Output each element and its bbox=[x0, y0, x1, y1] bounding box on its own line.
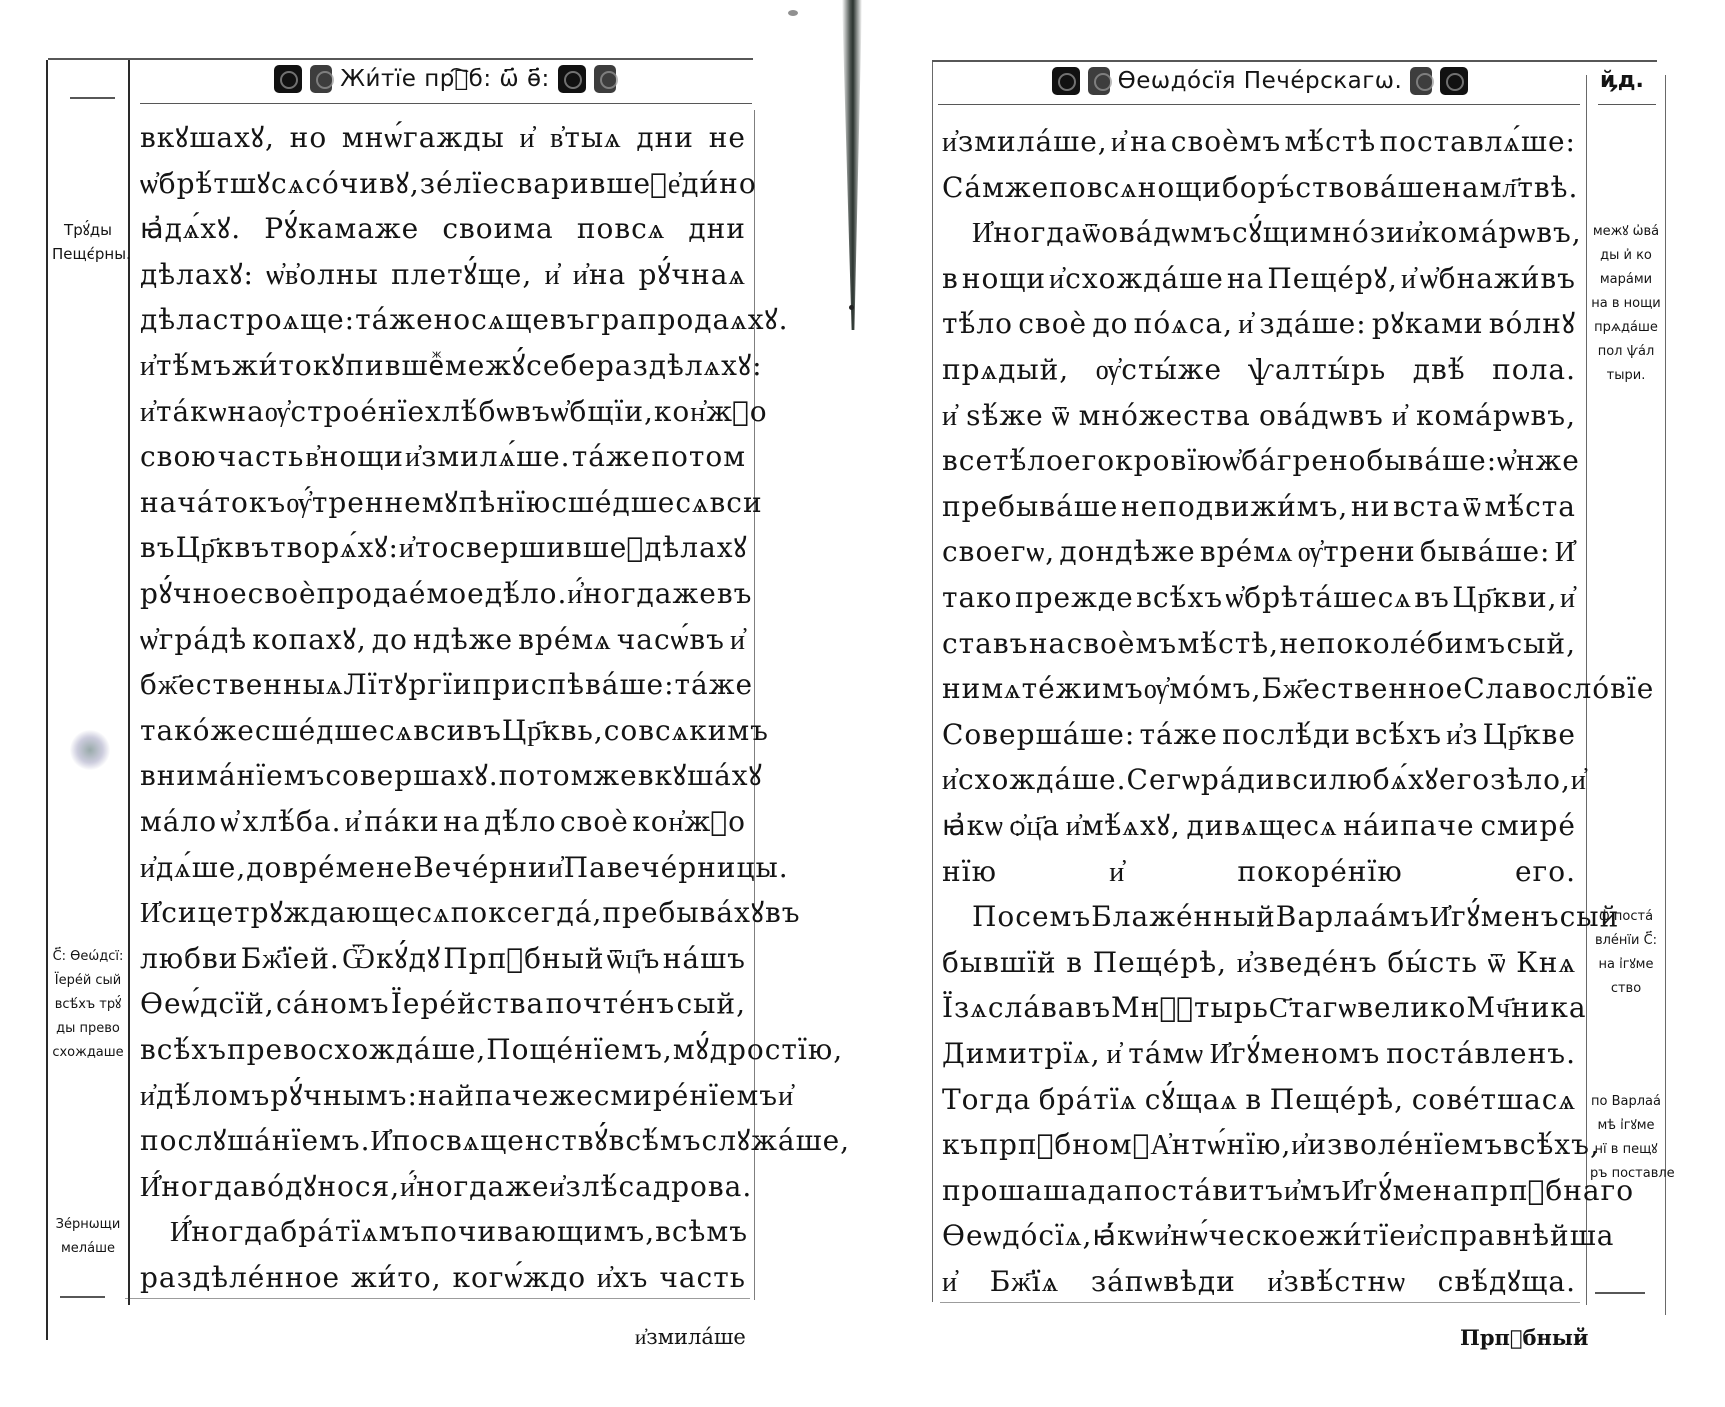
word: сый, bbox=[1506, 624, 1576, 664]
word: по bbox=[1049, 168, 1087, 208]
header-underline bbox=[938, 104, 1580, 105]
word: всѣмъ bbox=[655, 1212, 748, 1252]
word: потом bbox=[651, 437, 746, 477]
word: потомже bbox=[499, 756, 638, 796]
text-line: И҆́ногдабра́тїѧмъпочивающимъ,всѣмъ bbox=[140, 1212, 746, 1252]
margin-note-line: всѣ́хъ трꙋ́ bbox=[50, 993, 126, 1017]
word: на bbox=[1442, 168, 1479, 208]
word: Пеще́рѣ, bbox=[1093, 943, 1227, 983]
word: всѣ́хъ bbox=[1355, 715, 1442, 755]
word: смире́нїемъ bbox=[594, 1076, 778, 1116]
word: и҆ bbox=[140, 346, 156, 386]
word: хлѣ́бѡвъ bbox=[425, 392, 551, 432]
word: ѹ҆́треннемꙋ bbox=[286, 483, 458, 523]
text-line: послꙋша́нїемъ.И҆посвѧщенствꙋ́всѣ́мъслꙋжа… bbox=[140, 1121, 746, 1161]
word: прпⷣбномꙋ bbox=[979, 1125, 1150, 1165]
word: зѣло, bbox=[1490, 760, 1571, 800]
text-line: И҆́ногдаво́дꙋнося,и҆́ногдажеи҆злѣ́садров… bbox=[140, 1167, 746, 1207]
word: на́шъ bbox=[663, 939, 746, 979]
margin-note-line: ды прево bbox=[50, 1017, 126, 1041]
text-line: бывшїйвПеще́рѣ,и҆зведе́нъбы́стьѿКнѧ bbox=[942, 943, 1576, 983]
word: вре́мѧ bbox=[1200, 532, 1294, 572]
right-text-block: и҆змила́ше,и҆насвоѐмъмѣ́стѣпоставлѧ́ше:С… bbox=[942, 122, 1576, 1312]
word: Їере́йства bbox=[391, 984, 544, 1024]
margin-note-ovady: межꙋ ѡ҆ва́ ды и҆ ко мара́ми на в нощи пр… bbox=[1590, 220, 1662, 388]
word: и҆ bbox=[140, 392, 156, 432]
word: И҆́ногда bbox=[140, 1167, 250, 1207]
text-line: раздѣле́нноежи́то,когѡ́ждои҆хъчасть bbox=[140, 1258, 746, 1298]
word: Сегѡ bbox=[1127, 760, 1201, 800]
running-head: Ѳеѡдо́сїя Пече́рскагѡ. bbox=[940, 64, 1580, 98]
word: и҆ bbox=[345, 802, 361, 842]
word: трꙋждающесѧ bbox=[234, 893, 450, 933]
word: в҆тыѧ bbox=[550, 118, 622, 158]
word: пѣнїю bbox=[459, 483, 552, 523]
word: ѹ҆мо́мъ, bbox=[1144, 669, 1262, 709]
word: боръ́ствова́ше bbox=[1222, 168, 1442, 208]
word: же bbox=[549, 1076, 593, 1116]
word: дѣлахꙋ bbox=[644, 528, 748, 568]
word: пребыва́ше bbox=[942, 487, 1118, 527]
ornament-icon bbox=[1088, 67, 1110, 95]
word: когѡ́ждо bbox=[452, 1258, 586, 1298]
word: на bbox=[1029, 624, 1066, 664]
word: Прпⷣбный bbox=[443, 939, 604, 979]
word: Мч҃ника bbox=[1466, 988, 1586, 1028]
word: со́чивꙋ, bbox=[305, 164, 420, 204]
word: И҆гꙋ́мена bbox=[1342, 1171, 1471, 1211]
text-line: прѧдый,ѹ҆сты́жеѱалты́рьдвѣ́пола. bbox=[942, 350, 1576, 390]
word: Мнⷭ҇тырь bbox=[1111, 988, 1269, 1028]
word: ѻ҆ц҃а bbox=[1010, 806, 1061, 846]
ornament-icon bbox=[1440, 67, 1468, 95]
word: мно́зи bbox=[1309, 213, 1405, 253]
word: творѧ́хꙋ: bbox=[270, 528, 399, 568]
word: дрова. bbox=[653, 1167, 752, 1207]
word: и҆з bbox=[1446, 715, 1478, 755]
word: въ bbox=[765, 893, 801, 933]
word: мѧте́жимъ bbox=[981, 669, 1143, 709]
text-line: тако́жесше́дшесѧвсивъЦр҃квь,совсѧкимъ bbox=[140, 711, 746, 751]
word: пребыва́хꙋ bbox=[602, 893, 765, 933]
word: раздѣлѧхꙋ: bbox=[596, 346, 763, 386]
margin-note-line: ство bbox=[1590, 977, 1662, 1001]
word: бывшїй bbox=[942, 943, 1057, 983]
word: Пеще́рѣ, bbox=[1270, 1080, 1404, 1120]
word: Соверша́ше: bbox=[942, 715, 1135, 755]
word: та́же bbox=[675, 665, 754, 705]
bottom-rule bbox=[940, 1302, 1580, 1303]
text-line: къпрпⷣбномꙋА҆нтѡ́нїю,и҆изволе́нїемъвсѣ́х… bbox=[942, 1125, 1576, 1165]
word: тѣ́ло bbox=[942, 304, 1013, 344]
word: и҆ bbox=[1406, 213, 1422, 253]
word: в bbox=[1245, 1080, 1262, 1120]
word: ѡ҆бщїи, bbox=[551, 392, 654, 432]
word: кон҆жⷣо bbox=[654, 392, 768, 432]
outer-margin-rule bbox=[46, 60, 48, 1340]
word: и҆змилѧ́ше. bbox=[405, 437, 571, 477]
word: и҆ bbox=[942, 396, 958, 436]
margin-note-line: вле́нїи С҃: bbox=[1590, 929, 1662, 953]
word: своѐ bbox=[248, 574, 317, 614]
word: ѡ҆брѣ́тшꙋсѧ bbox=[140, 164, 305, 204]
ornament-icon bbox=[274, 65, 302, 93]
word: ни bbox=[1351, 487, 1390, 527]
text-line: ма́лоѡ҆хлѣ́ба.и҆па́кинадѣ́лосвоѐкон҆жⷣо bbox=[140, 802, 746, 842]
word: и҆схожда́ше bbox=[1049, 259, 1224, 299]
word: на bbox=[443, 802, 480, 842]
word: всѣ́хъ, bbox=[1503, 1125, 1600, 1165]
word: зе́лїе bbox=[420, 164, 500, 204]
text-line: любвиБж҃їей.Ѿкꙋ́дꙋПрпⷣбныйѿц҃ъна́шъ bbox=[140, 939, 746, 979]
word: на́ипаче bbox=[1343, 806, 1474, 846]
word: вси bbox=[1275, 760, 1328, 800]
margin-note-feodosij: С҃: Ѳеѡ́дсї: Їере́й сый всѣ́хъ трꙋ́ ды п… bbox=[50, 945, 126, 1065]
word: и҆схожда́ше. bbox=[942, 760, 1127, 800]
word: вре́мене bbox=[282, 848, 413, 888]
word: слꙋжа́ше, bbox=[702, 1121, 851, 1161]
word: и҆злѣ́са bbox=[550, 1167, 653, 1207]
word: межꙋ́ bbox=[445, 346, 526, 386]
text-line: такопреждевсѣ́хъѡ҆брѣта́шесѧвъЦр҃кви,и҆ bbox=[942, 578, 1576, 618]
word: По bbox=[972, 897, 1015, 937]
word: С҃тагѡ bbox=[1269, 988, 1357, 1028]
word: мѣ́стѣ, bbox=[1177, 624, 1279, 664]
text-line: всѣ́хъпревосхожда́ше,Поще́нїемъ,мꙋ́дрост… bbox=[140, 1030, 746, 1070]
word: та́же bbox=[355, 300, 434, 340]
margin-note-line: на і҆гꙋме bbox=[1590, 953, 1662, 977]
word: ѡ҆ба́грено bbox=[1223, 441, 1367, 481]
word: рꙋками bbox=[1372, 304, 1484, 344]
margin-note-varlaam: по Варлаа́ мѣ і҆гꙋме нї в пещꙋ ръ постав… bbox=[1590, 1090, 1662, 1186]
word: да bbox=[1088, 1171, 1124, 1211]
margin-note-line: Трꙋ́ды bbox=[52, 218, 124, 242]
word: сꙋ́щаѧ bbox=[1145, 1080, 1238, 1120]
top-rule bbox=[48, 58, 753, 60]
margin-note-line: по Варлаа́ bbox=[1590, 1090, 1662, 1114]
word: Ѳеѡдо́сїѧ, bbox=[942, 1216, 1092, 1256]
header-underline bbox=[140, 103, 752, 104]
word: и҆́ногдаже bbox=[567, 574, 716, 614]
word: въ bbox=[717, 574, 753, 614]
text-line: ставънасвоѐмъмѣ́стѣ,непоколе́бимъсый, bbox=[942, 624, 1576, 664]
word: дѣла bbox=[140, 300, 213, 340]
word: нося, bbox=[317, 1167, 400, 1207]
word: своѐмъ bbox=[1171, 122, 1281, 162]
word: и҆ bbox=[1401, 259, 1417, 299]
ornament-icon bbox=[310, 65, 332, 93]
word: дѣ́ло. bbox=[485, 574, 568, 614]
text-line: и҆та́кѡнаѹ҆строе́нїехлѣ́бѡвъѡ҆бщїи,кон҆ж… bbox=[140, 392, 746, 432]
word: ꙗ҆кѡ bbox=[942, 806, 1004, 846]
word: плетꙋ́ще, bbox=[391, 255, 532, 295]
word: Са́мже bbox=[942, 168, 1049, 208]
word: въ bbox=[1414, 578, 1450, 618]
text-line: Їзѧсла́вавъМнⷭ҇тырьС҃тагѡвеликоМч҃ника bbox=[942, 988, 1576, 1028]
word: копахꙋ, bbox=[252, 620, 367, 660]
word: Димитрїѧ, bbox=[942, 1034, 1101, 1074]
word: нїю bbox=[942, 852, 997, 892]
word: свою bbox=[140, 437, 217, 477]
margin-note-line: ды и҆ ко bbox=[1590, 244, 1662, 268]
word: за́пѡвѣди bbox=[1091, 1262, 1236, 1302]
text-line: Соверша́ше:та́жепослѣ́дивсѣ́хъи҆зЦр҃кве bbox=[942, 715, 1576, 755]
word: найпаче bbox=[418, 1076, 549, 1116]
word: и҆мъ bbox=[1284, 1171, 1342, 1211]
word: и҆ bbox=[942, 1262, 958, 1302]
word: пола. bbox=[1492, 350, 1576, 390]
word: ѿц҃ъ bbox=[607, 939, 661, 979]
word: въ bbox=[1075, 988, 1111, 1028]
right-page: Ѳеѡдо́сїя Пече́рскагѡ. ҋд. и҆змила́ше,и҆… bbox=[870, 0, 1725, 1407]
margin-note-line: тыри. bbox=[1590, 364, 1662, 388]
text-line: нїюи҆покоре́нїюего. bbox=[942, 852, 1576, 892]
word: ѕѣ́же bbox=[966, 396, 1044, 436]
word: ꙗ҆дѧ́хꙋ. bbox=[140, 209, 241, 249]
text-line: и҆Бж҃їѧза́пѡвѣдии҆звѣ́стнѡсвѣ́дꙋща. bbox=[942, 1262, 1576, 1302]
word: и҆́ногдаже bbox=[400, 1167, 549, 1207]
text-line: Ѳеѡ́дсїй,са́номъЇере́йствапочте́нъсый, bbox=[140, 984, 746, 1024]
running-head: Жи́тїе прⷣ҇б: ѡ҃ ѳ҃: bbox=[140, 62, 750, 96]
text-line: И҆сицетрꙋждающесѧпоксегда́,пребыва́хꙋвъ bbox=[140, 893, 746, 933]
word: быва́ше: bbox=[1367, 441, 1498, 481]
word: тѣ́ло bbox=[993, 441, 1064, 481]
word: раздѣле́нное bbox=[140, 1258, 340, 1298]
word: И҆ bbox=[140, 893, 161, 933]
margin-top-dash bbox=[70, 97, 115, 99]
word: кровїю bbox=[1115, 441, 1222, 481]
margin-note-line: ѡ҆ поста́ bbox=[1590, 905, 1662, 929]
word: Рꙋ́камаже bbox=[264, 209, 419, 249]
word: кома́рѡвъ, bbox=[1416, 396, 1576, 436]
text-line: и҆тѣ́мъжи́токꙋпившеⷤмежꙋ́себераздѣлѧхꙋ: bbox=[140, 346, 746, 386]
word: и҆ bbox=[778, 1076, 794, 1116]
word: и҆звѣ́стнѡ bbox=[1267, 1262, 1405, 1302]
word: неподвижи́мъ, bbox=[1121, 487, 1348, 527]
word: семъ bbox=[1015, 897, 1091, 937]
word: прежде bbox=[1015, 578, 1134, 618]
word: ра́ди bbox=[1201, 760, 1276, 800]
word: почте́нъ bbox=[546, 984, 676, 1024]
text-line: ꙗ҆кѡѻ҆ц҃аи҆мѣ́ѧхꙋ,дивѧщесѧна́ипачесмире́ bbox=[942, 806, 1576, 846]
word: до bbox=[1092, 304, 1128, 344]
word: И҆́ногда bbox=[170, 1212, 280, 1252]
text-line: Димитрїѧ,и҆та́мѡИ҆гꙋ́меномъпоста́вленъ. bbox=[942, 1034, 1576, 1074]
word: не bbox=[709, 118, 746, 158]
word: Павече́рницы. bbox=[564, 848, 789, 888]
word: И҆ bbox=[371, 1121, 392, 1161]
word: часть bbox=[659, 1258, 746, 1298]
word: послꙋша́нїемъ. bbox=[140, 1121, 371, 1161]
text-line: И҆ногдаѿова́дѡмъсꙋ́щимно́зии҆кома́рѡвъ, bbox=[942, 213, 1576, 253]
word: со bbox=[604, 711, 639, 751]
word: прѧдый, bbox=[942, 350, 1069, 390]
margin-note-line: мела́ше bbox=[50, 1237, 126, 1261]
text-line: и҆ѕѣ́жеѿмно́жестваова́дѡвъи҆кома́рѡвъ, bbox=[942, 396, 1576, 436]
word: бра́тїѧ bbox=[1039, 1080, 1137, 1120]
word: Цр҃кве bbox=[1483, 715, 1576, 755]
word: са́номъ bbox=[276, 984, 390, 1024]
running-head-text: Ѳеѡдо́сїя Пече́рскагѡ. bbox=[1118, 68, 1403, 94]
word: все bbox=[942, 441, 993, 481]
word: бы́сть bbox=[1387, 943, 1478, 983]
word: дѣ́ло bbox=[484, 802, 557, 842]
word: Вече́рни bbox=[413, 848, 547, 888]
margin-note-postavlenie: ѡ҆ поста́ вле́нїи С҃: на і҆гꙋме ство bbox=[1590, 905, 1662, 1001]
word: па́ки bbox=[364, 802, 440, 842]
word: сове́тшасѧ bbox=[1412, 1080, 1576, 1120]
catchword: Прпⷣбный bbox=[1460, 1325, 1589, 1350]
word: сице bbox=[161, 893, 234, 933]
word: Поще́нїемъ, bbox=[486, 1030, 673, 1070]
word: по bbox=[392, 1121, 430, 1161]
word: Цр҃кви, bbox=[1452, 578, 1557, 618]
word: поксегда́, bbox=[451, 893, 603, 933]
word: часть bbox=[218, 437, 305, 477]
word: и҆хъ bbox=[597, 1258, 649, 1298]
word: Славосло́вїе bbox=[1463, 669, 1654, 709]
word: рꙋ́чнымъ: bbox=[270, 1076, 418, 1116]
word: своѐ bbox=[1018, 304, 1087, 344]
word: ѹ҆строе́нїе bbox=[265, 392, 425, 432]
word: ова́дѡмъ bbox=[1101, 213, 1232, 253]
word: ѡ҆бнажи́въ bbox=[1420, 259, 1576, 299]
text-line: внощии҆схожда́шенаПеще́рꙋ,и҆ѡ҆бнажи́въ bbox=[942, 259, 1576, 299]
word: вкꙋшахꙋ, bbox=[140, 118, 275, 158]
margin-bottom-dash bbox=[60, 1296, 105, 1298]
word: дивѧщесѧ bbox=[1186, 806, 1337, 846]
word: повсѧ bbox=[577, 209, 665, 249]
text-line: пребыва́шенеподвижи́мъ,нивстаѿмѣ́ста bbox=[942, 487, 1576, 527]
word: въ bbox=[550, 300, 586, 340]
word: и҆справнѣйша bbox=[1407, 1216, 1615, 1256]
word: приспѣва́ше: bbox=[473, 665, 675, 705]
word: его bbox=[1439, 760, 1490, 800]
word: дни bbox=[688, 209, 746, 249]
text-line: бж҃ественныѧЛїтꙋргїиприспѣва́ше:та́же bbox=[140, 665, 746, 705]
text-line: рꙋ́чноесвоѐпродае́моедѣ́ло.и҆́ногдажевъ bbox=[140, 574, 746, 614]
text-line: и҆дѧ́ше,довре́менеВече́рнии҆Павече́рницы… bbox=[140, 848, 746, 888]
word: жи́тїе bbox=[1316, 1216, 1406, 1256]
word: ни bbox=[942, 669, 981, 709]
word: свѣ́дꙋща. bbox=[1438, 1262, 1576, 1302]
text-line: своегѡ,дондѣжевре́мѧѹ҆тренибыва́ше:И҆ bbox=[942, 532, 1576, 572]
text-line: и҆змила́ше,и҆насвоѐмъмѣ́стѣпоставлѧ́ше: bbox=[942, 122, 1576, 162]
ornament-icon bbox=[1410, 67, 1432, 95]
word: и҆ bbox=[519, 118, 535, 158]
word: вси bbox=[413, 711, 466, 751]
word: бра́тїѧмъ bbox=[280, 1212, 420, 1252]
word: кон҆жⷣо bbox=[632, 802, 746, 842]
word: И҆гꙋ́меномъ bbox=[1210, 1034, 1381, 1074]
word: и҆зведе́нъ bbox=[1237, 943, 1378, 983]
word: то bbox=[415, 528, 449, 568]
word: е҆ди́но bbox=[668, 164, 757, 204]
word: носѧще bbox=[434, 300, 550, 340]
word: во́дꙋ bbox=[250, 1167, 317, 1207]
word: прошаша bbox=[942, 1171, 1088, 1211]
margin-note-line: ръ поставле bbox=[1590, 1162, 1662, 1186]
word: Блаже́нный bbox=[1091, 897, 1276, 937]
word: продае́мое bbox=[317, 574, 485, 614]
word: къ bbox=[942, 1125, 979, 1165]
text-line: нимѧте́жимъѹ҆мо́мъ,Бж҃ественноеСлавосло́… bbox=[942, 669, 1576, 709]
word: на bbox=[1130, 122, 1167, 162]
word: часѡ́въ bbox=[617, 620, 725, 660]
word: внима́нїемъ bbox=[140, 756, 325, 796]
word: ѡ҆гра́дѣ bbox=[140, 620, 247, 660]
margin-note-line: С҃: Ѳеѡ́дсї: bbox=[50, 945, 126, 969]
word: и҆ bbox=[1111, 122, 1127, 162]
word: тѣ́мъ bbox=[156, 346, 232, 386]
text-line: ꙗ҆дѧ́хꙋ.Рꙋ́камажесвоимаповсѧдни bbox=[140, 209, 746, 249]
text-line: ѡ҆гра́дѣкопахꙋ,дондѣжевре́мѧчасѡ́въи҆ bbox=[140, 620, 746, 660]
word: поста́вленъ. bbox=[1386, 1034, 1576, 1074]
running-head-text: Жи́тїе прⷣ҇б: ѡ҃ ѳ҃: bbox=[340, 66, 550, 92]
word: почивающимъ, bbox=[420, 1212, 655, 1252]
word: вси bbox=[710, 483, 763, 523]
word: рꙋ́чнаѧ bbox=[638, 255, 745, 295]
word: Бж҃ественное bbox=[1261, 669, 1463, 709]
word: дни bbox=[636, 118, 694, 158]
word: своѐмъ bbox=[1067, 624, 1177, 664]
word: Бж҃їѧ bbox=[990, 1262, 1059, 1302]
text-line: въЦр҃квътворѧ́хꙋ:и҆тосвершившеⷤдѣлахꙋ bbox=[140, 528, 746, 568]
ornament-icon bbox=[558, 65, 586, 93]
word: ова́дѡвъ bbox=[1259, 396, 1384, 436]
word: изволе́нїемъ bbox=[1307, 1125, 1503, 1165]
margin-note-line: прѧда́ше bbox=[1590, 316, 1662, 340]
word: сше́дшесѧ bbox=[255, 711, 413, 751]
word: Лїтꙋргїи bbox=[343, 665, 472, 705]
word: И҆гꙋ́менъ bbox=[1430, 897, 1560, 937]
margin-note-line: пол ѱа́л bbox=[1590, 340, 1662, 364]
inner-edge-rule bbox=[932, 62, 933, 1302]
word: совершахꙋ. bbox=[325, 756, 498, 796]
paper-stain bbox=[70, 730, 110, 770]
margin-note-trudy: Трꙋ́ды Пещє́рны. bbox=[52, 218, 124, 266]
margin-note-line: Їере́й сый bbox=[50, 969, 126, 993]
word: и҆ bbox=[1560, 578, 1576, 618]
word: ѡ҆брѣта́шесѧ bbox=[1225, 578, 1411, 618]
word: ꙗ҆́кѡ bbox=[1092, 1216, 1154, 1256]
word: его bbox=[1064, 441, 1115, 481]
word: и҆ bbox=[140, 1076, 156, 1116]
outer-edge-rule bbox=[1665, 75, 1666, 1315]
word: та́кѡ bbox=[156, 392, 227, 432]
text-line: нача́токъѹ҆́треннемꙋпѣнїюсше́дшесѧвси bbox=[140, 483, 746, 523]
word: и҆ bbox=[399, 528, 415, 568]
margin-note-line: межꙋ ѡ҆ва́ bbox=[1590, 220, 1662, 244]
word: поставлѧ́ше: bbox=[1379, 122, 1576, 162]
margin-note-line: Пещє́рны. bbox=[52, 242, 124, 266]
word: гра bbox=[586, 300, 638, 340]
word: до bbox=[246, 848, 282, 888]
word: и҆мѣ́ѧхꙋ, bbox=[1066, 806, 1181, 846]
word: превосхожда́ше, bbox=[227, 1030, 486, 1070]
word: в҆нощи bbox=[306, 437, 404, 477]
word: во́лнꙋ bbox=[1489, 304, 1576, 344]
word: на bbox=[227, 392, 264, 432]
word: мѣ́стѣ bbox=[1285, 122, 1377, 162]
word: своегѡ, bbox=[942, 532, 1055, 572]
word: А҆нтѡ́нїю, bbox=[1150, 1125, 1291, 1165]
margin-note-zernoe: Зе́рнѡщи мела́ше bbox=[50, 1213, 126, 1261]
word: вкꙋша́хꙋ bbox=[638, 756, 763, 796]
word: и҆ bbox=[548, 848, 564, 888]
word: ѿ bbox=[1082, 213, 1101, 253]
word: Цр҃квь, bbox=[502, 711, 604, 751]
